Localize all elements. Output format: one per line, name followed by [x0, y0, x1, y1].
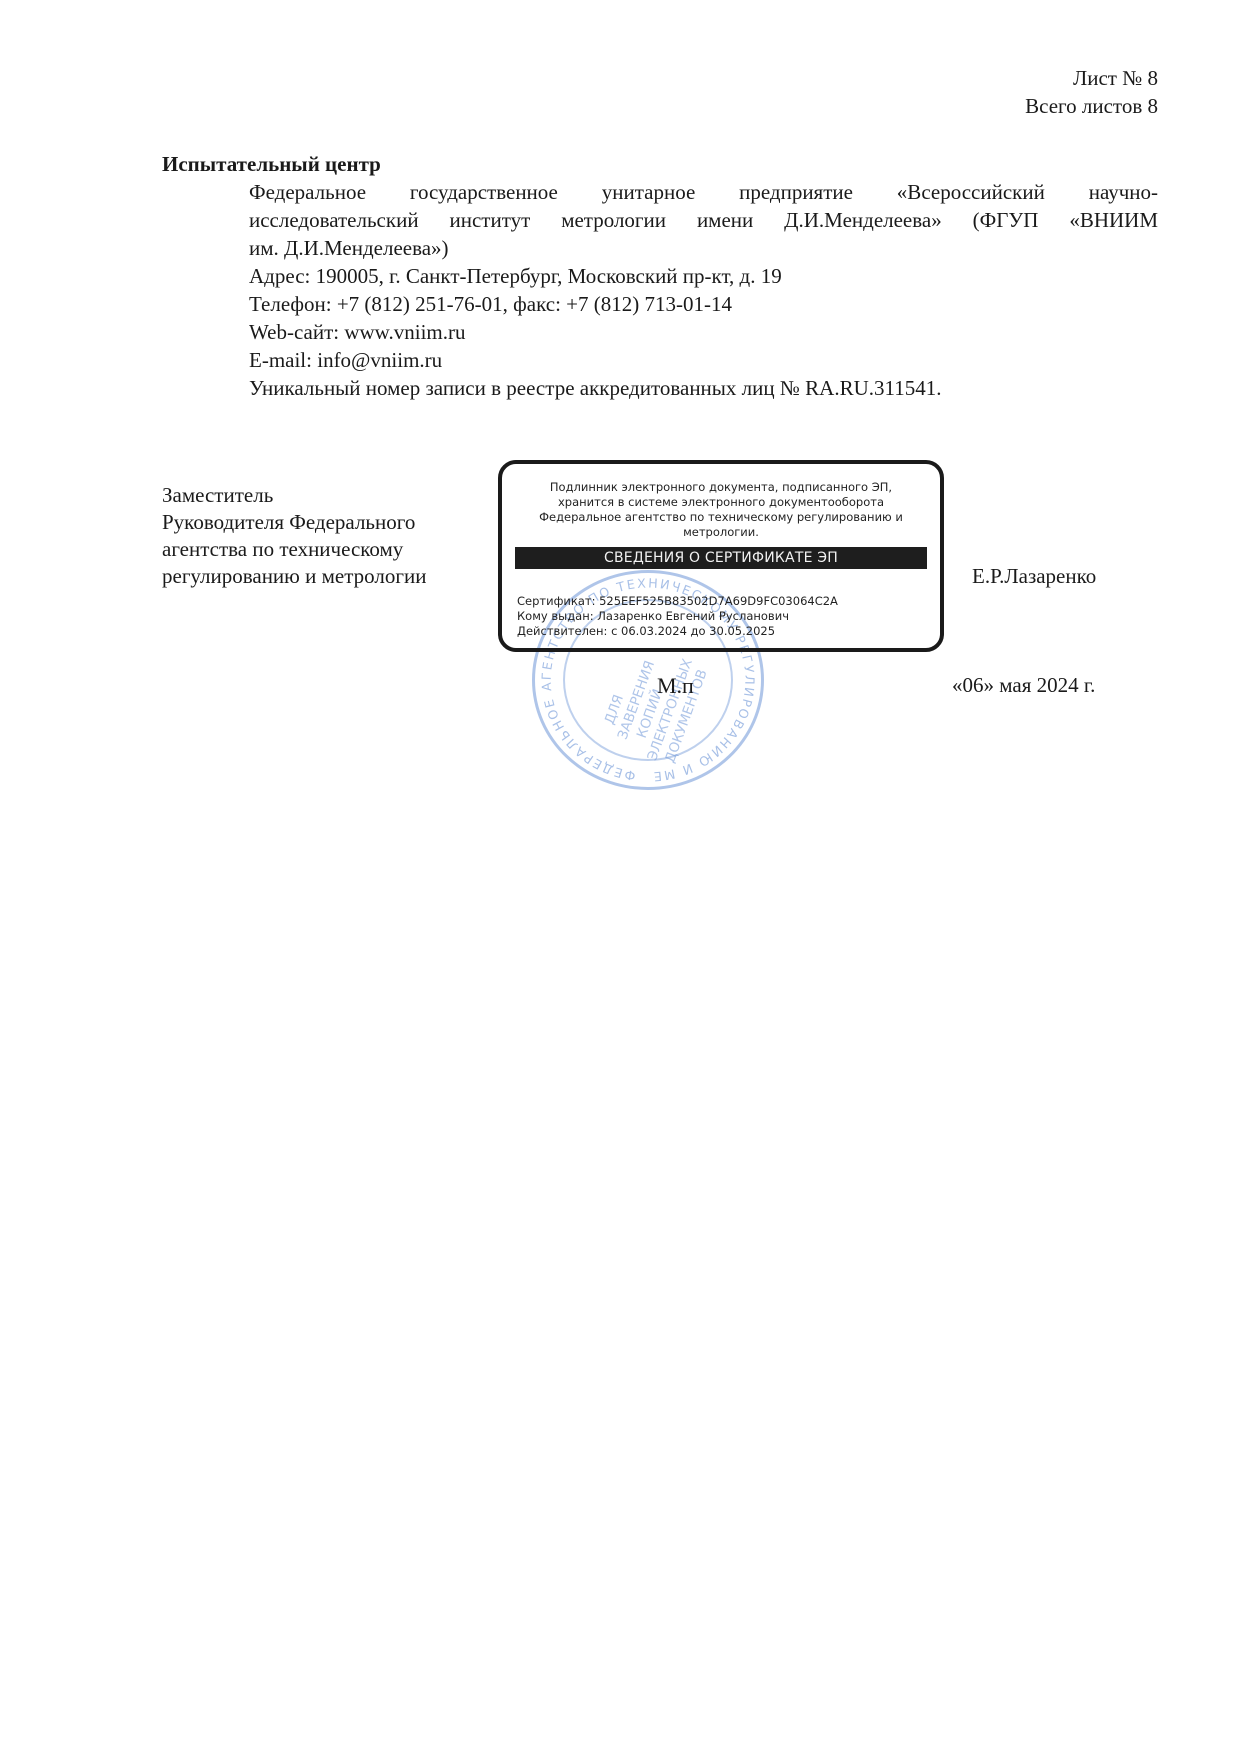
notice-line: метрологии.	[502, 525, 940, 540]
notice-line: Подлинник электронного документа, подпис…	[502, 480, 940, 495]
validity-row: Действителен: с 06.03.2024 до 30.05.2025	[517, 624, 838, 639]
sheet-info: Лист № 8 Всего листов 8	[1025, 64, 1158, 120]
testing-center-details: Федеральное государственное унитарное пр…	[249, 178, 1158, 402]
org-website: Web-сайт: www.vniim.ru	[249, 318, 1158, 346]
org-phone: Телефон: +7 (812) 251-76-01, факс: +7 (8…	[249, 290, 1158, 318]
certificate-label: Сертификат:	[517, 594, 595, 609]
org-name-line-1: Федеральное государственное унитарное пр…	[249, 178, 1158, 206]
position-line: Заместитель	[162, 482, 426, 509]
position-line: агентства по техническому	[162, 536, 426, 563]
total-sheets: Всего листов 8	[1025, 92, 1158, 120]
org-email: E-mail: info@vniim.ru	[249, 346, 1158, 374]
org-name-line-3: им. Д.И.Менделеева»)	[249, 234, 1158, 262]
testing-center-title: Испытательный центр	[162, 152, 381, 177]
seal-place-mark: М.п	[657, 673, 694, 699]
notice-line: Федеральное агентство по техническому ре…	[502, 510, 940, 525]
certificate-details: Сертификат: 525EEF525B83502D7A69D9FC0306…	[517, 594, 838, 639]
certificate-banner: СВЕДЕНИЯ О СЕРТИФИКАТЕ ЭП	[515, 547, 927, 569]
document-date: «06» мая 2024 г.	[952, 673, 1095, 698]
issued-to-value: Лазаренко Евгений Русланович	[597, 609, 789, 623]
position-line: регулированию и метрологии	[162, 563, 426, 590]
svg-text:ЗАВЕРЕНИЯ: ЗАВЕРЕНИЯ	[615, 659, 658, 742]
certificate-row: Сертификат: 525EEF525B83502D7A69D9FC0306…	[517, 594, 838, 609]
org-registry-number: Уникальный номер записи в реестре аккред…	[249, 374, 1158, 402]
signer-name: Е.Р.Лазаренко	[972, 564, 1096, 589]
svg-text:ДЛЯ: ДЛЯ	[602, 693, 627, 727]
certificate-value: 525EEF525B83502D7A69D9FC03064C2A	[599, 594, 838, 608]
validity-label: Действителен:	[517, 624, 607, 639]
issued-to-label: Кому выдан:	[517, 609, 594, 624]
validity-value: с 06.03.2024 до 30.05.2025	[611, 624, 775, 638]
e-signature-notice: Подлинник электронного документа, подпис…	[502, 480, 940, 540]
signer-position: Заместитель Руководителя Федерального аг…	[162, 482, 426, 590]
sheet-number: Лист № 8	[1025, 64, 1158, 92]
position-line: Руководителя Федерального	[162, 509, 426, 536]
org-name-line-2: исследовательский институт метрологии им…	[249, 206, 1158, 234]
org-address: Адрес: 190005, г. Санкт-Петербург, Моско…	[249, 262, 1158, 290]
notice-line: хранится в системе электронного документ…	[502, 495, 940, 510]
issued-to-row: Кому выдан: Лазаренко Евгений Русланович	[517, 609, 838, 624]
e-signature-box: Подлинник электронного документа, подпис…	[498, 460, 944, 652]
